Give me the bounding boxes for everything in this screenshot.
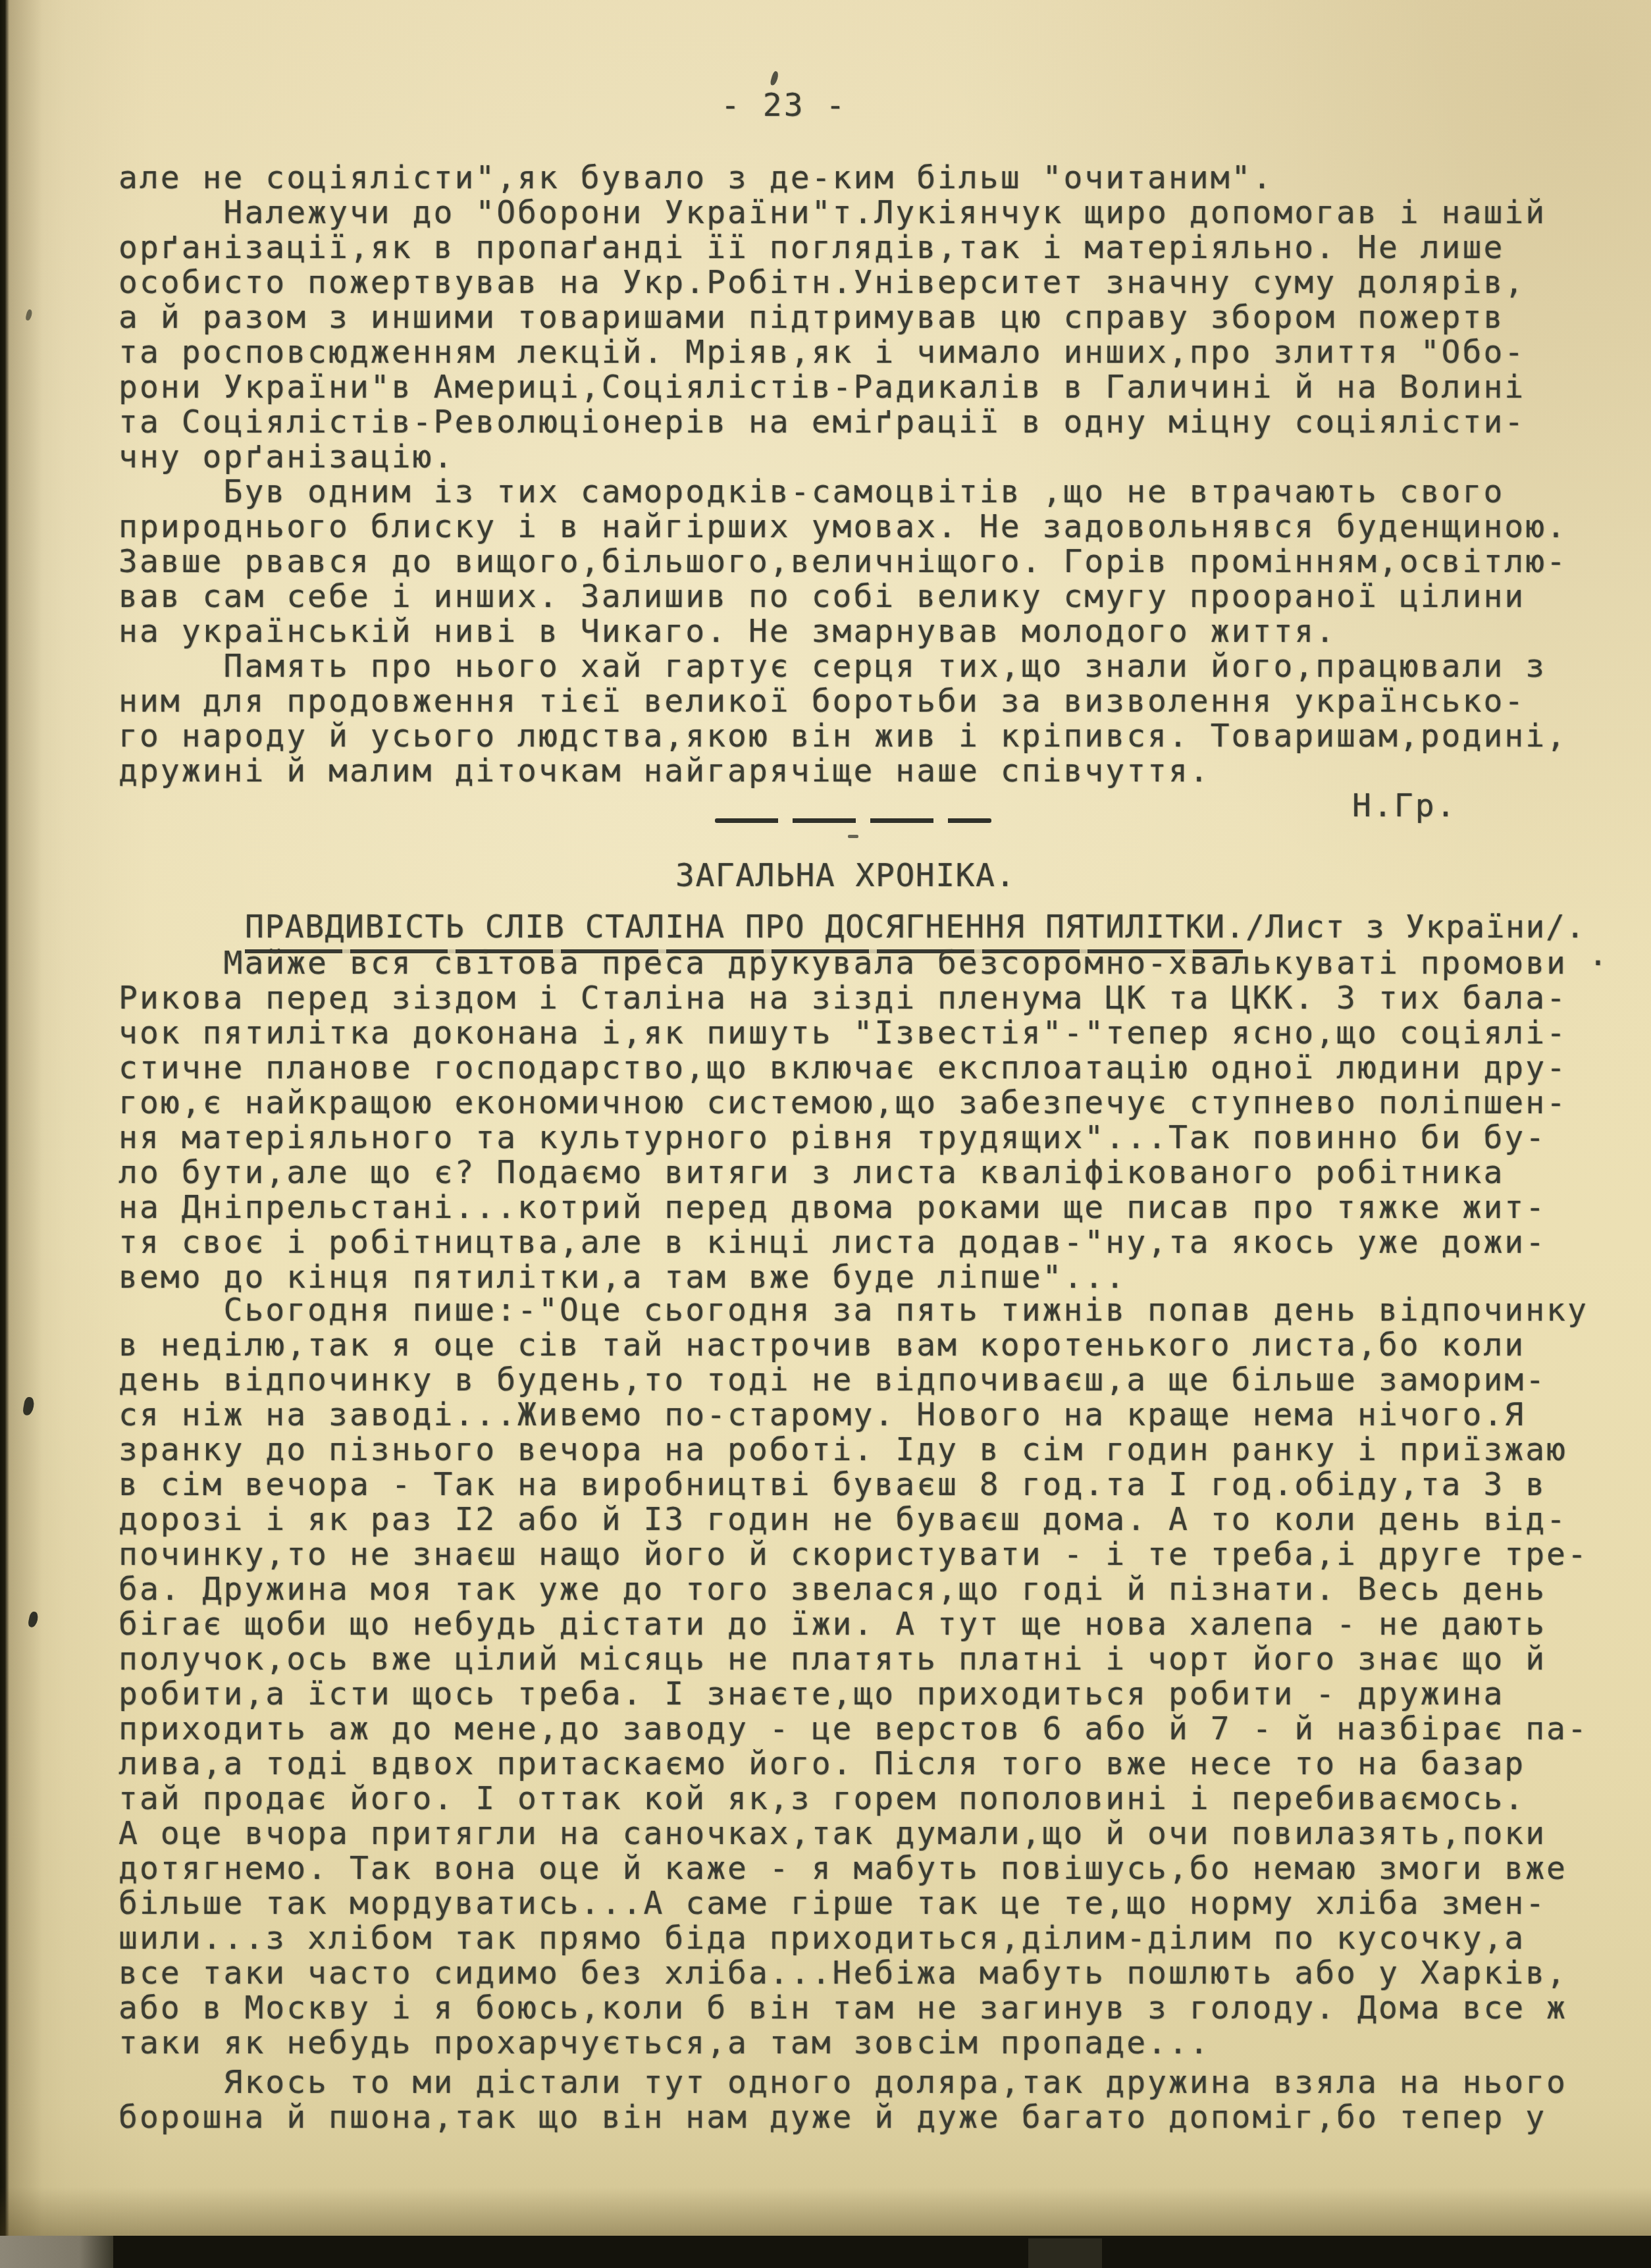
scan-edge-bottom [0,2236,1651,2268]
scan-artifact-mark [770,70,779,86]
page-left-shadow [7,0,43,2268]
section-heading: ЗАГАЛЬНА ХРОНІКА. [675,858,1016,893]
scan-artifact-mark [848,835,858,838]
scanned-document-page: - 23 - але не соціялісти",як бувало з де… [0,0,1651,2268]
chronicle-paragraph-2: Сьогодня пише:-"Оце сьогодня за пять тиж… [118,1293,1619,2061]
obituary-paragraph-1: але не соціялісти",як бувало з де-ким бі… [118,161,1619,475]
obituary-paragraph-3: Память про нього хай гартує серця тих,що… [118,649,1619,789]
page-number: - 23 - [721,88,847,123]
scan-edge-bottom-gray [0,2236,113,2268]
end-of-article-rule [715,818,991,823]
chronicle-paragraph-3: Якось то ми дістали тут одного доляра,та… [118,2065,1619,2135]
article-title-line: ПРАВДИВІСТЬ СЛІВ СТАЛІНА ПРО ДОСЯГНЕННЯ … [245,910,1586,945]
chronicle-paragraph-1: Майже вся світова преса друкувала безсор… [118,946,1619,1295]
scan-edge-left [0,0,9,2268]
article-title: ПРАВДИВІСТЬ СЛІВ СТАЛІНА ПРО ДОСЯГНЕННЯ … [245,909,1245,945]
obituary-paragraph-2: Був одним із тих самородків-самоцвітів ,… [118,475,1619,649]
scan-edge-bottom-notch [1028,2238,1102,2268]
obituary-signature: Н.Гр. [1352,789,1457,824]
article-title-note: /Лист з України/. [1245,909,1586,945]
page-bottom-shadow [0,2187,1651,2237]
